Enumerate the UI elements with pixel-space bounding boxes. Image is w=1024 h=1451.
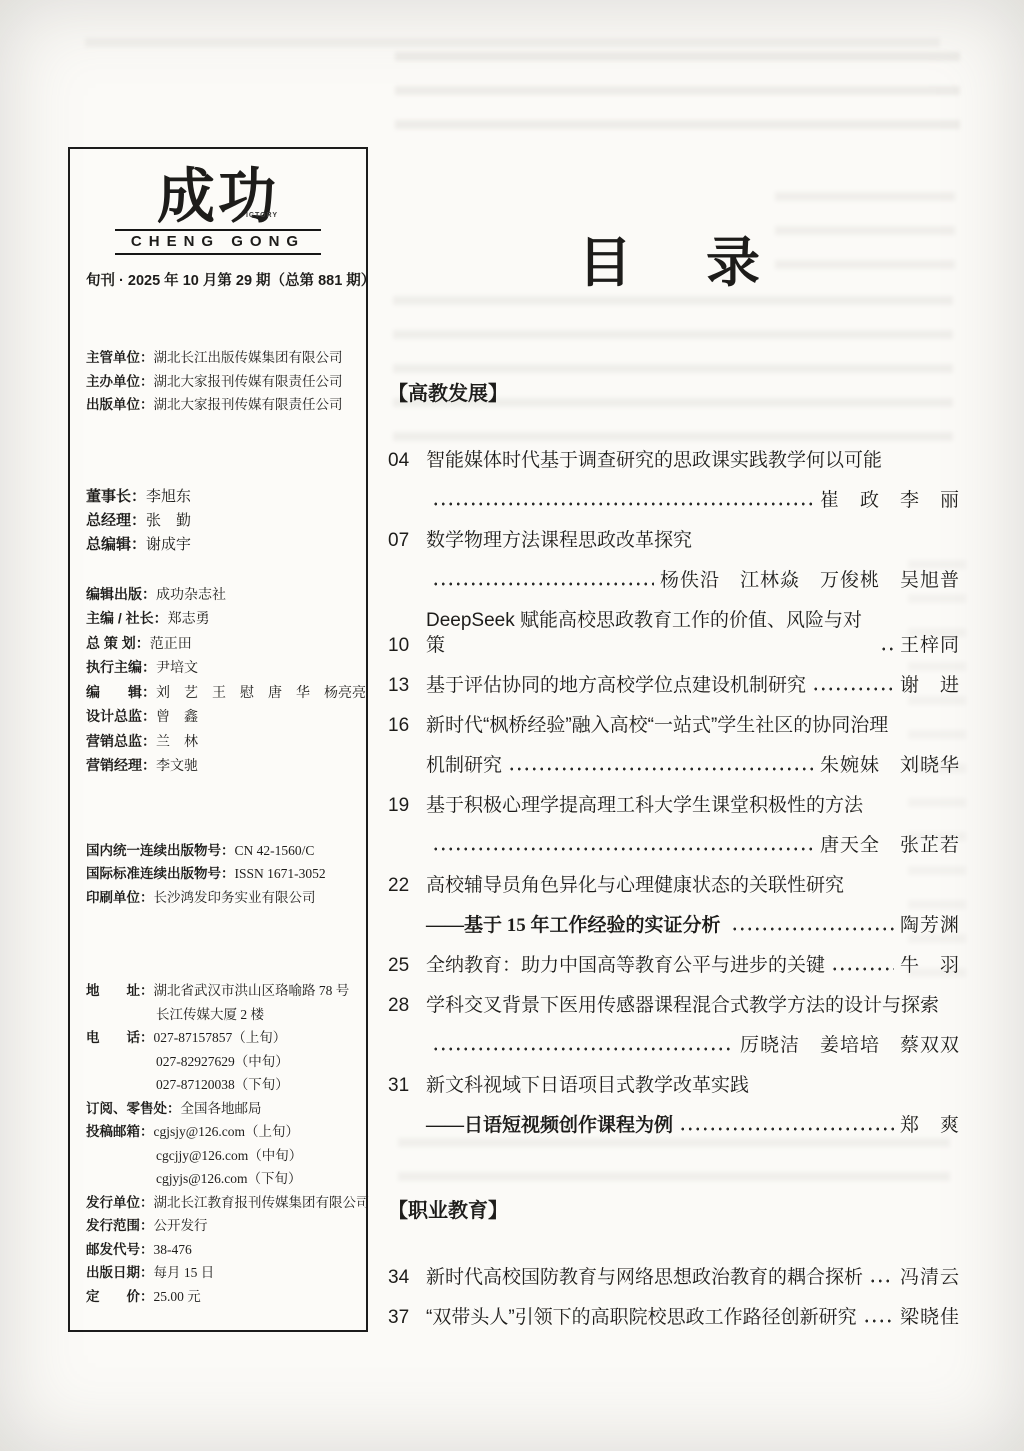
info-value: 长江传媒大厦 2 楼: [156, 1007, 264, 1022]
entry-title: DeepSeek 赋能高校思政教育工作的价值、风险与对策: [426, 608, 874, 658]
info-value: 公开发行: [154, 1218, 208, 1233]
entry-page-number: 22: [388, 873, 426, 898]
info-value: 027-87157857（上旬）: [154, 1030, 287, 1045]
info-label: 地 址：: [86, 983, 154, 998]
info-label: 国际标准连续出版物号：: [86, 866, 235, 881]
masthead-info-line: 027-87120038（下旬）: [86, 1073, 350, 1097]
info-label: 定 价：: [86, 1289, 154, 1304]
entry-title: 全纳教育：助力中国高等教育公平与进步的关键: [426, 953, 825, 978]
entry-title: 智能媒体时代基于调查研究的思政课实践教学何以可能: [426, 448, 882, 473]
publication-codes-group: 国内统一连续出版物号：CN 42-1560/C国际标准连续出版物号：ISSN 1…: [86, 839, 350, 910]
dot-leader: [880, 645, 894, 653]
masthead-info-line: 投稿邮箱：cgjsjy@126.com（上旬）: [86, 1120, 350, 1144]
entry-authors: 陶芳渊: [900, 913, 960, 938]
entry-title: ——基于 15 年工作经验的实证分析: [426, 913, 725, 938]
toc-entry: 07数学物理方法课程思政改革探究杨佚沿 江林焱 万俊桃 吴旭普: [388, 528, 960, 593]
entry-title: 数学物理方法课程思政改革探究: [426, 528, 692, 553]
info-label: 主编 / 社长：: [86, 610, 168, 626]
masthead-info-line: 主管单位：湖北长江出版传媒集团有限公司: [86, 346, 350, 370]
info-value: 全国各地邮局: [181, 1101, 262, 1116]
info-label: 营销经理：: [86, 757, 156, 773]
toc-entry: 13基于评估协同的地方高校学位点建设机制研究谢 进: [388, 673, 960, 698]
masthead-info-line: 主编 / 社长：郑志勇: [86, 607, 350, 632]
masthead-info-line: 定 价：25.00 元: [86, 1285, 350, 1309]
entry-page-number: 37: [388, 1305, 426, 1330]
toc-entry-line: 22高校辅导员角色异化与心理健康状态的关联性研究: [388, 873, 960, 898]
toc-entry-line: ——基于 15 年工作经验的实证分析 陶芳渊: [388, 913, 960, 938]
entry-title: 高校辅导员角色异化与心理健康状态的关联性研究: [426, 873, 844, 898]
info-value: 刘 艺 王 慰 唐 华 杨亮亮: [156, 686, 366, 701]
entry-title: 新时代高校国防教育与网络思想政治教育的耦合探析: [426, 1265, 863, 1290]
masthead-info-line: 订阅、零售处：全国各地邮局: [86, 1097, 350, 1121]
info-label: 编 辑：: [86, 684, 156, 700]
info-value: 尹培文: [156, 661, 198, 676]
toc-sections: 【高教发展】04智能媒体时代基于调查研究的思政课实践教学何以可能崔 政 李 丽0…: [388, 377, 960, 1330]
masthead-info-line: 发行单位：湖北长江教育报刊传媒集团有限公司: [86, 1191, 350, 1215]
masthead-info-line: 营销经理：李文驰: [86, 754, 350, 779]
section-heading: 【高教发展】: [388, 377, 960, 406]
entry-authors: 谢 进: [900, 673, 960, 698]
info-value: 张 勤: [146, 513, 191, 529]
toc-entry-line: ——日语短视频创作课程为例郑 爽: [388, 1113, 960, 1138]
info-label: 主办单位：: [86, 374, 154, 389]
info-value: 027-87120038（下旬）: [156, 1077, 289, 1092]
info-value: ISSN 1671-3052: [235, 866, 326, 881]
info-label: 设计总监：: [86, 708, 156, 724]
masthead-info-line: cgcjjy@126.com（中旬）: [86, 1144, 350, 1168]
entry-authors: 冯清云: [900, 1265, 960, 1290]
toc-section: 【高教发展】04智能媒体时代基于调查研究的思政课实践教学何以可能崔 政 李 丽0…: [388, 377, 960, 1138]
journal-logo-victory-text: ICTORY: [246, 212, 278, 219]
toc-entry-line: 13基于评估协同的地方高校学位点建设机制研究谢 进: [388, 673, 960, 698]
info-value: 长沙鸿发印务实业有限公司: [154, 890, 316, 905]
toc-entry-line: 崔 政 李 丽: [388, 488, 960, 513]
toc-entry: 25全纳教育：助力中国高等教育公平与进步的关键牛 羽: [388, 953, 960, 978]
entry-authors: 王梓同: [900, 633, 960, 658]
info-label: 总 策 划：: [86, 635, 150, 651]
bleedthrough-artifact: [85, 38, 940, 68]
entry-title: 基于评估协同的地方高校学位点建设机制研究: [426, 673, 806, 698]
masthead-info-line: 总经理：张 勤: [86, 509, 350, 533]
info-label: 董事长：: [86, 488, 146, 505]
contact-info-group: 地 址：湖北省武汉市洪山区珞喻路 78 号长江传媒大厦 2 楼电 话：027-8…: [86, 979, 350, 1308]
info-value: 谢成宇: [146, 537, 191, 553]
entry-title: 基于积极心理学提高理工科大学生课堂积极性的方法: [426, 793, 863, 818]
entry-title: “双带头人”引领下的高职院校思政工作路径创新研究: [426, 1305, 857, 1330]
info-label: 总编辑：: [86, 536, 146, 553]
masthead-info-line: 邮发代号：38-476: [86, 1238, 350, 1262]
journal-logo: 成功 ICTORY CHENG GONG: [86, 167, 350, 255]
masthead-info-line: 编 辑：刘 艺 王 慰 唐 华 杨亮亮: [86, 681, 350, 706]
info-value: 李旭东: [146, 489, 191, 505]
info-value: 湖北省武汉市洪山区珞喻路 78 号: [154, 983, 350, 998]
toc-entry-line: 25全纳教育：助力中国高等教育公平与进步的关键牛 羽: [388, 953, 960, 978]
magazine-contents-page: 成功 ICTORY CHENG GONG 旬刊 · 2025 年 10 月第 2…: [0, 0, 1024, 1451]
entry-authors: 唐天全 张芷若: [820, 833, 960, 858]
toc-entry: 16新时代“枫桥经验”融入高校“一站式”学生社区的协同治理机制研究朱婉妹 刘晓华: [388, 713, 960, 778]
masthead-info-line: 编辑出版：成功杂志社: [86, 583, 350, 608]
info-value: 湖北大家报刊传媒有限责任公司: [154, 397, 343, 412]
info-value: 李文驰: [156, 759, 198, 774]
masthead-info-line: 出版单位：湖北大家报刊传媒有限责任公司: [86, 393, 350, 417]
entry-title: 新文科视域下日语项目式教学改革实践: [426, 1073, 749, 1098]
bleedthrough-artifact: [395, 52, 960, 144]
toc-entry-line: 10DeepSeek 赋能高校思政教育工作的价值、风险与对策王梓同: [388, 608, 960, 658]
info-label: 出版日期：: [86, 1265, 154, 1280]
info-label: 发行单位：: [86, 1195, 154, 1210]
masthead-info-line: 印刷单位：长沙鸿发印务实业有限公司: [86, 886, 350, 910]
dot-leader: [863, 1317, 894, 1325]
dot-leader: [831, 965, 894, 973]
dot-leader: [432, 845, 814, 853]
masthead-info-line: 总 策 划：范正田: [86, 632, 350, 657]
masthead-info-line: 董事长：李旭东: [86, 485, 350, 509]
entry-page-number: 31: [388, 1073, 426, 1098]
issue-info-line: 旬刊 · 2025 年 10 月第 29 期（总第 881 期）: [86, 269, 350, 290]
entry-page-number: 19: [388, 793, 426, 818]
entry-title: 机制研究: [426, 753, 502, 778]
entry-authors: 厉晓洁 姜培培 蔡双双: [740, 1033, 960, 1058]
entry-page-number: 13: [388, 673, 426, 698]
dot-leader: [679, 1125, 894, 1133]
info-value: 每月 15 日: [154, 1265, 215, 1280]
entry-authors: 梁晓佳: [900, 1305, 960, 1330]
toc-entry-line: 19基于积极心理学提高理工科大学生课堂积极性的方法: [388, 793, 960, 818]
dot-leader: [508, 765, 814, 773]
toc-entry-line: 机制研究朱婉妹 刘晓华: [388, 753, 960, 778]
dot-leader: [432, 580, 654, 588]
entry-page-number: 04: [388, 448, 426, 473]
toc-entry-line: 16新时代“枫桥经验”融入高校“一站式”学生社区的协同治理: [388, 713, 960, 738]
info-label: 电 话：: [86, 1030, 154, 1045]
masthead-info-line: 长江传媒大厦 2 楼: [86, 1003, 350, 1027]
journal-logo-pinyin: CHENG GONG: [115, 229, 321, 255]
info-label: 编辑出版：: [86, 586, 156, 602]
dot-leader: [432, 1045, 734, 1053]
masthead-info-line: 营销总监：兰 林: [86, 730, 350, 755]
masthead-info-line: 发行范围：公开发行: [86, 1214, 350, 1238]
info-value: 成功杂志社: [156, 588, 226, 603]
info-value: 027-82927629（中旬）: [156, 1054, 289, 1069]
toc-entry: 28学科交叉背景下医用传感器课程混合式教学方法的设计与探索厉晓洁 姜培培 蔡双双: [388, 993, 960, 1058]
masthead-info-line: 总编辑：谢成宇: [86, 533, 350, 557]
toc-entry-line: 28学科交叉背景下医用传感器课程混合式教学方法的设计与探索: [388, 993, 960, 1018]
organizer-info-group: 主管单位：湖北长江出版传媒集团有限公司主办单位：湖北大家报刊传媒有限责任公司出版…: [86, 346, 350, 417]
entry-page-number: 16: [388, 713, 426, 738]
info-value: 郑志勇: [168, 612, 210, 627]
masthead-info-line: 设计总监：曾 鑫: [86, 705, 350, 730]
masthead-info-line: 执行主编：尹培文: [86, 656, 350, 681]
entry-authors: 郑 爽: [900, 1113, 960, 1138]
info-value: 湖北大家报刊传媒有限责任公司: [154, 374, 343, 389]
info-label: 投稿邮箱：: [86, 1124, 154, 1139]
info-value: cgjyjs@126.com（下旬）: [156, 1171, 302, 1186]
entry-page-number: 28: [388, 993, 426, 1018]
entry-authors: 朱婉妹 刘晓华: [820, 753, 960, 778]
dot-leader: [812, 685, 894, 693]
masthead-info-line: 国际标准连续出版物号：ISSN 1671-3052: [86, 862, 350, 886]
toc-entry-line: 厉晓洁 姜培培 蔡双双: [388, 1033, 960, 1058]
toc-entry: 31新文科视域下日语项目式教学改革实践——日语短视频创作课程为例郑 爽: [388, 1073, 960, 1138]
info-value: 湖北长江出版传媒集团有限公司: [154, 350, 343, 365]
info-label: 订阅、零售处：: [86, 1101, 181, 1116]
masthead-info-line: 国内统一连续出版物号：CN 42-1560/C: [86, 839, 350, 863]
info-value: cgjsjy@126.com（上旬）: [154, 1124, 300, 1139]
info-value: 25.00 元: [154, 1289, 201, 1304]
leadership-info-group: 董事长：李旭东总经理：张 勤总编辑：谢成宇: [86, 485, 350, 557]
toc-entry-line: 34新时代高校国防教育与网络思想政治教育的耦合探析冯清云: [388, 1265, 960, 1290]
info-value: CN 42-1560/C: [235, 843, 315, 858]
info-label: 邮发代号：: [86, 1242, 154, 1257]
info-value: 湖北长江教育报刊传媒集团有限公司: [154, 1195, 370, 1210]
masthead-info-line: 电 话：027-87157857（上旬）: [86, 1026, 350, 1050]
toc-entry-line: 31新文科视域下日语项目式教学改革实践: [388, 1073, 960, 1098]
info-value: 兰 林: [156, 735, 198, 750]
masthead-info-line: 027-82927629（中旬）: [86, 1050, 350, 1074]
dot-leader: [432, 500, 814, 508]
toc-entry: 19基于积极心理学提高理工科大学生课堂积极性的方法唐天全 张芷若: [388, 793, 960, 858]
journal-logo-chinese: 成功: [86, 166, 350, 228]
info-label: 印刷单位：: [86, 890, 154, 905]
toc-entry: 10DeepSeek 赋能高校思政教育工作的价值、风险与对策王梓同: [388, 608, 960, 658]
toc-entry: 34新时代高校国防教育与网络思想政治教育的耦合探析冯清云: [388, 1265, 960, 1290]
entry-page-number: 25: [388, 953, 426, 978]
toc-entry-line: 唐天全 张芷若: [388, 833, 960, 858]
toc-entry: 37“双带头人”引领下的高职院校思政工作路径创新研究梁晓佳: [388, 1305, 960, 1330]
entry-title: 学科交叉背景下医用传感器课程混合式教学方法的设计与探索: [426, 993, 939, 1018]
info-label: 总经理：: [86, 512, 146, 529]
entry-authors: 崔 政 李 丽: [820, 488, 960, 513]
masthead-info-line: 地 址：湖北省武汉市洪山区珞喻路 78 号: [86, 979, 350, 1003]
entry-page-number: 10: [388, 633, 426, 658]
masthead-info-line: 主办单位：湖北大家报刊传媒有限责任公司: [86, 370, 350, 394]
info-value: cgcjjy@126.com（中旬）: [156, 1148, 302, 1163]
dot-leader: [731, 925, 894, 933]
toc-entry: 04智能媒体时代基于调查研究的思政课实践教学何以可能崔 政 李 丽: [388, 448, 960, 513]
info-value: 范正田: [150, 637, 192, 652]
info-label: 国内统一连续出版物号：: [86, 843, 235, 858]
toc-entry: 22高校辅导员角色异化与心理健康状态的关联性研究——基于 15 年工作经验的实证…: [388, 873, 960, 938]
masthead-panel: 成功 ICTORY CHENG GONG 旬刊 · 2025 年 10 月第 2…: [68, 147, 368, 1332]
editorial-staff-group: 编辑出版：成功杂志社主编 / 社长：郑志勇总 策 划：范正田执行主编：尹培文编 …: [86, 583, 350, 779]
toc-entry-line: 07数学物理方法课程思政改革探究: [388, 528, 960, 553]
info-label: 发行范围：: [86, 1218, 154, 1233]
info-value: 38-476: [154, 1242, 192, 1257]
entry-title: 新时代“枫桥经验”融入高校“一站式”学生社区的协同治理: [426, 713, 888, 738]
entry-title: ——日语短视频创作课程为例: [426, 1113, 673, 1138]
toc-entry-line: 37“双带头人”引领下的高职院校思政工作路径创新研究梁晓佳: [388, 1305, 960, 1330]
masthead-info-line: 出版日期：每月 15 日: [86, 1261, 350, 1285]
info-label: 主管单位：: [86, 350, 154, 365]
toc-title: 目 录: [388, 220, 960, 297]
info-value: 曾 鑫: [156, 710, 198, 725]
info-label: 出版单位：: [86, 397, 154, 412]
info-label: 执行主编：: [86, 659, 156, 675]
toc-section: 【职业教育】34新时代高校国防教育与网络思想政治教育的耦合探析冯清云37“双带头…: [388, 1194, 960, 1330]
entry-page-number: 07: [388, 528, 426, 553]
toc-entry-line: 杨佚沿 江林焱 万俊桃 吴旭普: [388, 568, 960, 593]
toc-entry-line: 04智能媒体时代基于调查研究的思政课实践教学何以可能: [388, 448, 960, 473]
table-of-contents: 目 录 【高教发展】04智能媒体时代基于调查研究的思政课实践教学何以可能崔 政 …: [388, 212, 960, 1345]
dot-leader: [869, 1277, 894, 1285]
entry-page-number: 34: [388, 1265, 426, 1290]
masthead-info-line: cgjyjs@126.com（下旬）: [86, 1167, 350, 1191]
section-heading: 【职业教育】: [388, 1194, 960, 1223]
info-label: 营销总监：: [86, 733, 156, 749]
entry-authors: 牛 羽: [900, 953, 960, 978]
entry-authors: 杨佚沿 江林焱 万俊桃 吴旭普: [660, 568, 960, 593]
